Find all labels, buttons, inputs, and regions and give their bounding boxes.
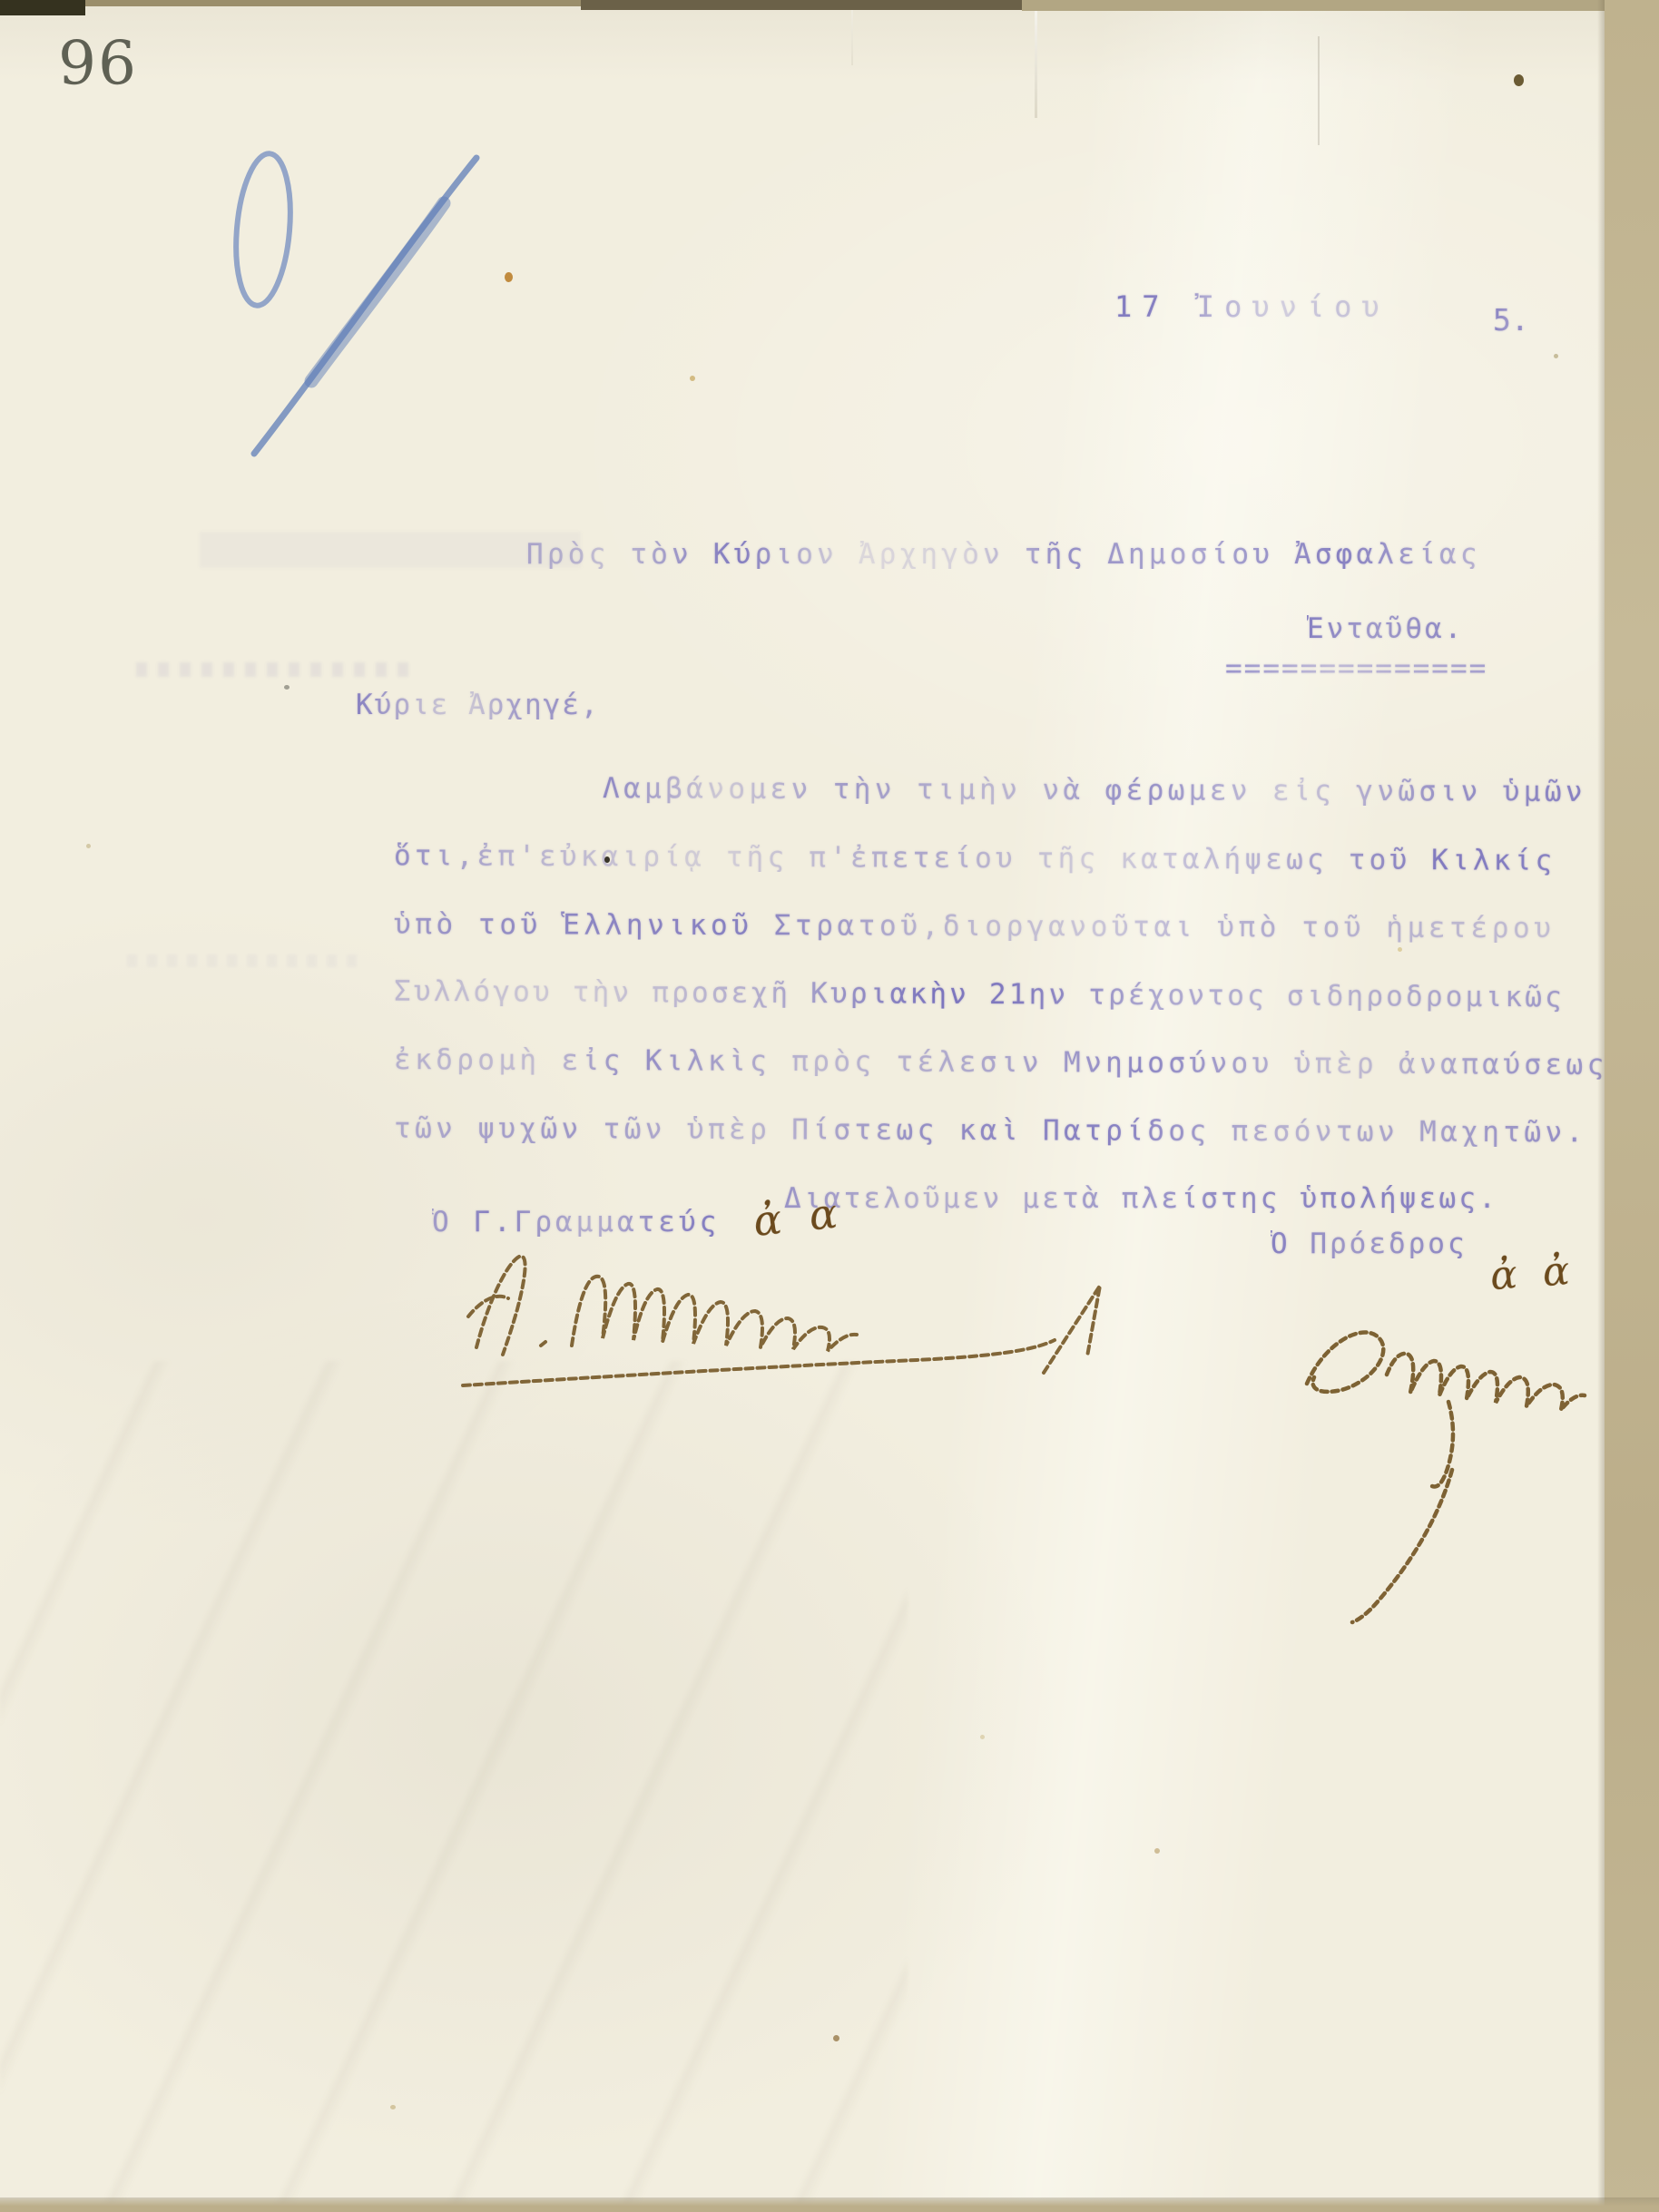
- closing-line: Διατελοῦμεν μετὰ πλείστης ὑπολήψεως.: [784, 1185, 1498, 1213]
- blue-pencil-mark: [204, 134, 504, 488]
- body-line: ὑπὸ τοῦ Ἑλληνικοῦ Στρατοῦ,διοργανοῦται ὑ…: [394, 911, 1556, 943]
- letter-date: 17 Ἰουνίου: [1114, 292, 1389, 321]
- bleedthrough-smudge: [127, 954, 363, 967]
- foxing-speck: [1398, 947, 1402, 952]
- scan-edge-top: [581, 0, 1022, 10]
- foxing-speck: [1554, 354, 1558, 358]
- scan-edge-right: [1605, 0, 1659, 2212]
- foxing-speck: [604, 856, 610, 863]
- bleedthrough-smudge: [200, 532, 581, 568]
- body-line: Λαμβάνομεν τὴν τιμὴν νὰ φέρωμεν εἰς γνῶσ…: [603, 775, 1586, 807]
- page-number-annotation: 96: [56, 25, 136, 95]
- foxing-speck: [284, 685, 290, 690]
- recipient-line: Πρὸς τὸν Κύριον Ἀρχηγὸν τῆς Δημοσίου Ἀσφ…: [526, 541, 1481, 569]
- body-line: ἐκδρομὴ εἰς Κιλκὶς πρὸς τέλεσιν Μνημοσύν…: [394, 1046, 1608, 1080]
- scan-edge-top: [1022, 0, 1659, 11]
- recipient-underline: ==============: [1225, 655, 1487, 683]
- president-title: Ὁ Πρόεδρος: [1271, 1230, 1468, 1258]
- bleedthrough-smudge: [136, 662, 408, 677]
- scan-edge-top: [85, 0, 581, 6]
- paper-crease: [1035, 0, 1037, 118]
- salutation: Κύριε Ἀρχηγέ,: [356, 691, 600, 719]
- recipient-place: Ἐνταῦθα.: [1307, 615, 1464, 643]
- foxing-speck: [1154, 1848, 1160, 1854]
- secretary-handwritten-note: ἀ α: [751, 1188, 847, 1246]
- foxing-speck: [980, 1735, 985, 1739]
- secretary-signature: [408, 1238, 1134, 1424]
- body-line: ὅτι,ἐπ'εὐκαιρίᾳ τῆς π'ἐπετείου τῆς καταλ…: [394, 842, 1556, 876]
- scan-edge-bottom: [0, 2197, 1659, 2212]
- scan-edge-top-left: [0, 0, 85, 15]
- foxing-speck: [390, 2105, 396, 2109]
- foxing-speck: [690, 376, 695, 381]
- paper-crease: [1318, 36, 1320, 145]
- foxing-speck: [505, 272, 513, 282]
- secretary-title: Ὁ Γ.Γραμματεύς: [432, 1209, 720, 1237]
- foxing-speck: [833, 2035, 839, 2041]
- scan-edge-right-shadow: [1597, 0, 1605, 2212]
- paper-wrinkles: [0, 1361, 908, 2212]
- foxing-speck: [1514, 74, 1524, 86]
- foxing-speck: [86, 844, 91, 848]
- body-line: τῶν ψυχῶν τῶν ὑπὲρ Πίστεως καὶ Πατρίδος …: [394, 1115, 1587, 1148]
- letter-date-year-digit: 5.: [1493, 305, 1529, 335]
- president-signature: [1271, 1288, 1634, 1669]
